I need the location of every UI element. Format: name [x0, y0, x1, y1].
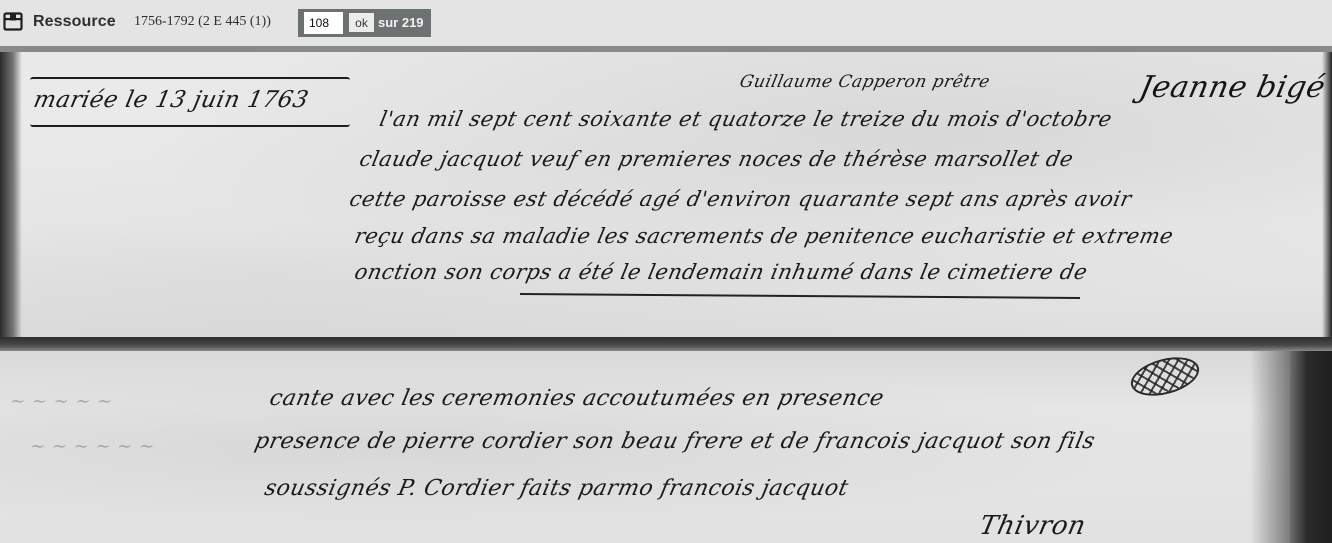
signature-thivron: Thivron: [977, 511, 1089, 541]
go-to-page-button[interactable]: ok: [349, 13, 374, 32]
page-fold-shadow: [0, 337, 1332, 351]
manuscript-line: cante avec les ceremonies accoutumées en…: [267, 386, 886, 411]
signature-flourish: [1127, 351, 1204, 403]
resource-header: Ressource 1756-1792 (2 E 445 (1)) ok sur…: [0, 0, 1332, 46]
resource-title: Ressource: [33, 13, 116, 31]
manuscript-line: soussignés P. Cordier faits parmo franco…: [262, 476, 850, 501]
manuscript-page-upper: mariée le 13 juin 1763 Guillaume Cappero…: [0, 52, 1332, 337]
page-navigator: ok sur 219: [298, 9, 431, 37]
manuscript-line: cette paroisse est décédé agé d'environ …: [347, 187, 1133, 211]
ink-underline: [520, 293, 1080, 299]
margin-annotation: mariée le 13 juin 1763: [30, 77, 350, 127]
margin-note-text: mariée le 13 juin 1763: [31, 87, 311, 113]
manuscript-line: claude jacquot veuf en premieres noces d…: [357, 147, 1075, 171]
bleed-through-text: ~ ~ ~ ~ ~ ~: [28, 436, 157, 457]
page-total: sur 219: [378, 15, 424, 30]
manuscript-line: reçu dans sa maladie les sacrements de p…: [352, 224, 1175, 248]
manuscript-line: l'an mil sept cent soixante et quatorze …: [377, 107, 1114, 131]
witness-signature: Jeanne bigé: [1136, 70, 1328, 105]
page-number-input[interactable]: [304, 12, 343, 34]
priest-signature: Guillaume Capperon prêtre: [738, 72, 992, 92]
manuscript-line: onction son corps a été le lendemain inh…: [352, 260, 1089, 284]
bleed-through-text: ~ ~ ~ ~ ~: [8, 391, 115, 412]
document-image-viewer[interactable]: mariée le 13 juin 1763 Guillaume Cappero…: [0, 52, 1332, 543]
resource-reference: 1756-1792 (2 E 445 (1)): [134, 14, 271, 30]
binding-edge: [1290, 351, 1332, 543]
manuscript-line: presence de pierre cordier son beau frer…: [252, 429, 1097, 454]
archive-box-icon: [3, 12, 23, 31]
manuscript-page-lower: ~ ~ ~ ~ ~ ~ ~ ~ ~ ~ ~ cante avec les cer…: [0, 351, 1290, 543]
